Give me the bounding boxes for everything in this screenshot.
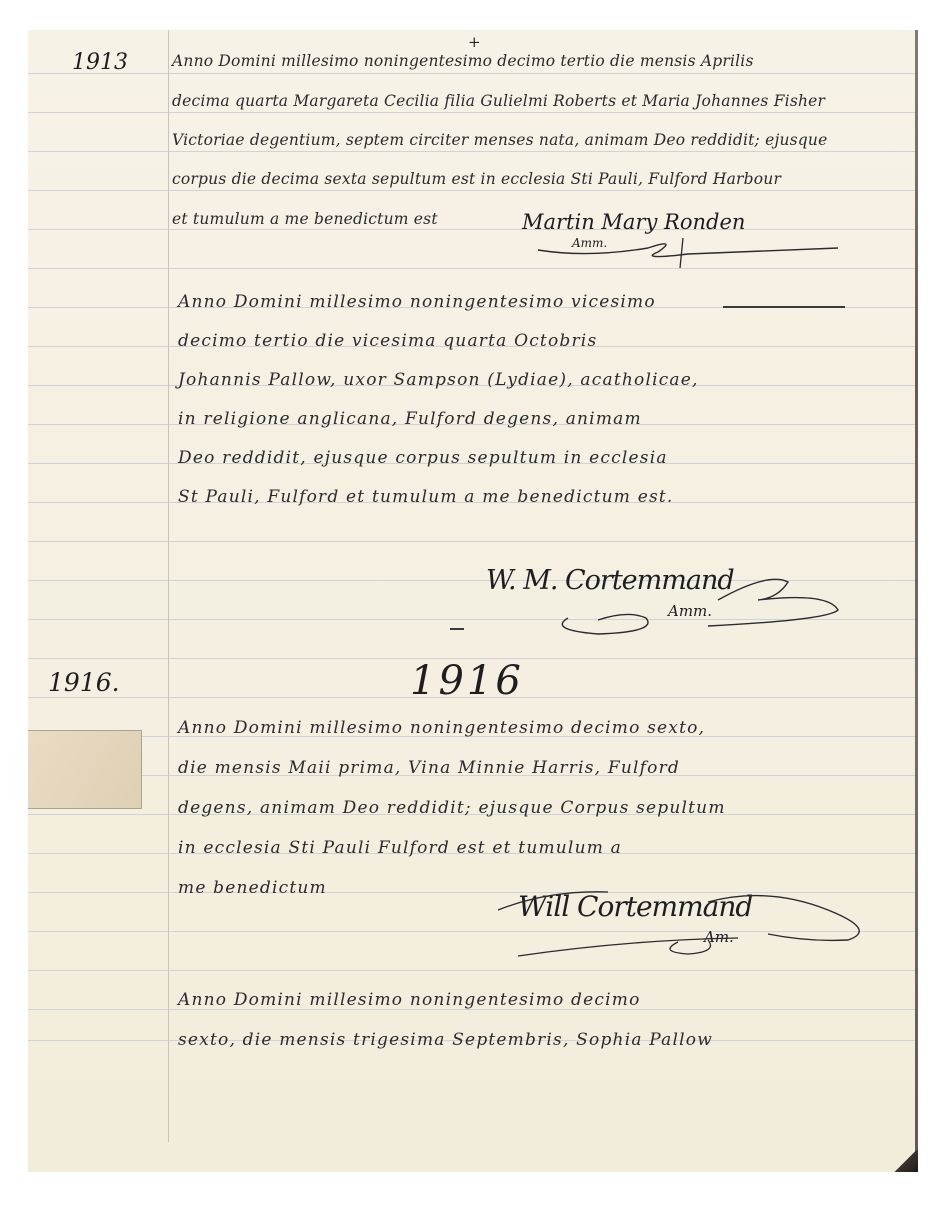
- signature-flourish: [528, 230, 848, 270]
- entry-line: in ecclesia Sti Pauli Fulford est et tum…: [178, 838, 622, 858]
- margin-rule: [168, 30, 169, 1142]
- entry-line: Victoriae degentium, septem circiter men…: [172, 131, 827, 149]
- margin-year-1913: 1913: [72, 50, 128, 75]
- ruled-line: [28, 151, 916, 152]
- ruled-line: [28, 112, 916, 113]
- entry-heading-year: 1916: [410, 658, 524, 704]
- page-corner-curl: [892, 1150, 918, 1172]
- entry-line: Anno Domini millesimo noningentesimo dec…: [178, 718, 705, 738]
- entry-line: in religione anglicana, Fulford degens, …: [178, 409, 642, 429]
- ruled-line: [28, 190, 916, 191]
- ruled-line: [28, 970, 916, 971]
- register-page: + 1913 Anno Domini millesimo noningentes…: [28, 30, 918, 1172]
- cross-mark: +: [468, 33, 481, 51]
- entry-line: sexto, die mensis trigesima Septembris, …: [178, 1030, 713, 1050]
- entry-line: corpus die decima sexta sepultum est in …: [172, 170, 781, 188]
- entry-line: degens, animam Deo reddidit; ejusque Cor…: [178, 798, 726, 818]
- entry-line: Johannis Pallow, uxor Sampson (Lydiae), …: [178, 370, 699, 390]
- entry-line: et tumulum a me benedictum est: [172, 210, 438, 228]
- margin-year-1916: 1916.: [48, 668, 120, 697]
- entry-line: Deo reddidit, ejusque corpus sepultum in…: [178, 448, 668, 468]
- page-edge-binding: [915, 30, 918, 1172]
- ruled-line: [28, 541, 916, 542]
- pasted-paper-slip: [28, 730, 142, 809]
- entry-line: die mensis Maii prima, Vina Minnie Harri…: [178, 758, 680, 778]
- entry-line: decimo tertio die vicesima quarta Octobr…: [178, 331, 597, 351]
- signature-flourish: [528, 570, 858, 640]
- entry-line: Anno Domini millesimo noningentesimo dec…: [172, 52, 754, 70]
- entry-line: decima quarta Margareta Cecilia filia Gu…: [172, 92, 825, 110]
- strikethrough-vicesimo: [723, 306, 845, 308]
- signature-flourish: [408, 880, 888, 960]
- ruled-line: [28, 73, 916, 74]
- entry-line: St Pauli, Fulford et tumulum a me benedi…: [178, 487, 674, 507]
- pen-mark: [450, 628, 464, 630]
- entry-line: me benedictum: [178, 878, 327, 898]
- entry-line: Anno Domini millesimo noningentesimo vic…: [178, 292, 656, 312]
- entry-line: Anno Domini millesimo noningentesimo dec…: [178, 990, 641, 1010]
